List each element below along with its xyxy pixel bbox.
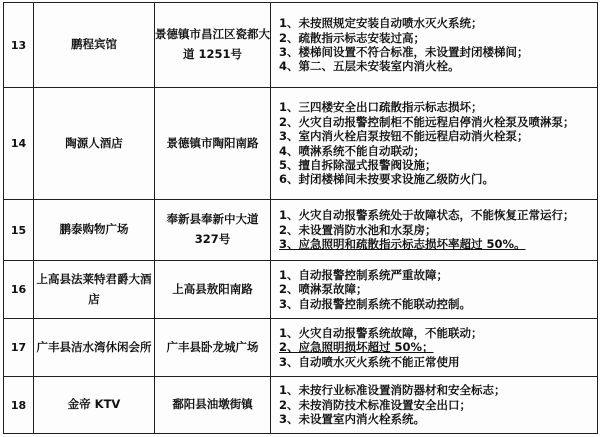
issue-item: 4、第二、五层未安装室内消火栓。: [279, 59, 593, 73]
venue-name: 广丰县洁水湾休闲会所: [34, 319, 155, 377]
issues-cell: 1、未按照规定安装自动喷水灭火系统； 2、疏散指示标志安装过高； 3、楼梯间设置…: [271, 3, 598, 88]
issues-list: 1、火灾自动报警系统故障，不能联动； 2、应急照明损坏超过 50%； 3、自动喷…: [271, 323, 597, 372]
issue-item: 2、未按消防技术标准设置安全出口；: [279, 398, 593, 412]
issues-list: 1、未按照规定安装自动喷水灭火系统； 2、疏散指示标志安装过高； 3、楼梯间设置…: [271, 13, 597, 77]
issues-list: 1、未按行业标准设置消防器材和安全标志； 2、未按消防技术标准设置安全出口； 3…: [271, 380, 597, 429]
table-row: 14 陶源人酒店 景德镇市陶阳南路 1、三四楼安全出口疏散指示标志损坏； 2、火…: [4, 88, 598, 200]
row-number: 13: [4, 3, 34, 88]
venue-address: 奉新县奉新中大道 327号: [155, 200, 271, 261]
venue-name: 上高县法莱特君爵大酒店: [34, 261, 155, 319]
issue-item: 2、疏散指示标志安装过高；: [279, 31, 593, 45]
issues-cell: 1、火灾自动报警系统故障，不能联动； 2、应急照明损坏超过 50%； 3、自动喷…: [271, 319, 598, 377]
issue-item: 2、未设置消防水池和水泵房；: [279, 223, 593, 237]
issue-item: 1、火灾自动报警系统处于故障状态，不能恢复正常运行；: [279, 208, 593, 222]
venue-address: 景德镇市昌江区瓷都大道 1251号: [155, 3, 271, 88]
issue-item: 2、应急照明损坏超过 50%；: [279, 340, 593, 354]
issue-item: 6、封闭楼梯间未按要求设施乙级防火门。: [279, 172, 593, 186]
fire-safety-inspection-table: 13 鹏程宾馆 景德镇市昌江区瓷都大道 1251号 1、未按照规定安装自动喷水灭…: [3, 2, 598, 434]
issue-item: 5、擅自拆除湿式报警阀设施；: [279, 158, 593, 172]
issues-cell: 1、三四楼安全出口疏散指示标志损坏； 2、火灾自动报警控制柜不能远程启停消火栓泵…: [271, 88, 598, 200]
row-number: 15: [4, 200, 34, 261]
issues-list: 1、三四楼安全出口疏散指示标志损坏； 2、火灾自动报警控制柜不能远程启停消火栓泵…: [271, 97, 597, 189]
table-row: 15 鹏泰购物广场 奉新县奉新中大道 327号 1、火灾自动报警系统处于故障状态…: [4, 200, 598, 261]
issue-item: 4、喷淋系统不能自动联动；: [279, 144, 593, 158]
table-row: 18 金帝 KTV 鄱阳县油墩街镇 1、未按行业标准设置消防器材和安全标志； 2…: [4, 377, 598, 434]
table-row: 17 广丰县洁水湾休闲会所 广丰县卧龙城广场 1、火灾自动报警系统故障，不能联动…: [4, 319, 598, 377]
issue-item: 3、自动报警控制系统不能联动控制。: [279, 297, 593, 311]
venue-name: 陶源人酒店: [34, 88, 155, 200]
issue-item: 3、室内消火栓启泵按钮不能远程启动消火栓泵；: [279, 129, 593, 143]
venue-address: 广丰县卧龙城广场: [155, 319, 271, 377]
issue-item: 3、楼梯间设置不符合标准，未设置封闭楼梯间；: [279, 45, 593, 59]
issues-list: 1、火灾自动报警系统处于故障状态，不能恢复正常运行； 2、未设置消防水池和水泵房…: [271, 205, 597, 254]
row-number: 18: [4, 377, 34, 434]
venue-name: 金帝 KTV: [34, 377, 155, 434]
issue-item: 2、喷淋泵故障；: [279, 282, 593, 296]
row-number: 17: [4, 319, 34, 377]
issues-cell: 1、自动报警控制系统严重故障； 2、喷淋泵故障； 3、自动报警控制系统不能联动控…: [271, 261, 598, 319]
table-row: 16 上高县法莱特君爵大酒店 上高县敖阳南路 1、自动报警控制系统严重故障； 2…: [4, 261, 598, 319]
row-number: 14: [4, 88, 34, 200]
row-number: 16: [4, 261, 34, 319]
issue-item: 3、自动喷水灭火系统不能正常使用: [279, 355, 593, 369]
venue-address: 上高县敖阳南路: [155, 261, 271, 319]
issue-item: 1、未按照规定安装自动喷水灭火系统；: [279, 16, 593, 30]
issue-item: 1、未按行业标准设置消防器材和安全标志；: [279, 383, 593, 397]
venue-name: 鹏程宾馆: [34, 3, 155, 88]
document-page: 13 鹏程宾馆 景德镇市昌江区瓷都大道 1251号 1、未按照规定安装自动喷水灭…: [0, 0, 600, 437]
issue-item: 1、火灾自动报警系统故障，不能联动；: [279, 326, 593, 340]
issue-item: 1、三四楼安全出口疏散指示标志损坏；: [279, 100, 593, 114]
issues-cell: 1、未按行业标准设置消防器材和安全标志； 2、未按消防技术标准设置安全出口； 3…: [271, 377, 598, 434]
issue-item: 3、未设置室内消火栓系统。: [279, 412, 593, 426]
venue-address: 景德镇市陶阳南路: [155, 88, 271, 200]
issues-list: 1、自动报警控制系统严重故障； 2、喷淋泵故障； 3、自动报警控制系统不能联动控…: [271, 265, 597, 314]
issues-cell: 1、火灾自动报警系统处于故障状态，不能恢复正常运行； 2、未设置消防水池和水泵房…: [271, 200, 598, 261]
issue-item: 1、自动报警控制系统严重故障；: [279, 268, 593, 282]
issue-item: 2、火灾自动报警控制柜不能远程启停消火栓泵及喷淋泵；: [279, 115, 593, 129]
venue-name: 鹏泰购物广场: [34, 200, 155, 261]
issue-item: 3、应急照明和疏散指示标志损坏率超过 50%。: [279, 237, 593, 251]
table-row: 13 鹏程宾馆 景德镇市昌江区瓷都大道 1251号 1、未按照规定安装自动喷水灭…: [4, 3, 598, 88]
venue-address: 鄱阳县油墩街镇: [155, 377, 271, 434]
